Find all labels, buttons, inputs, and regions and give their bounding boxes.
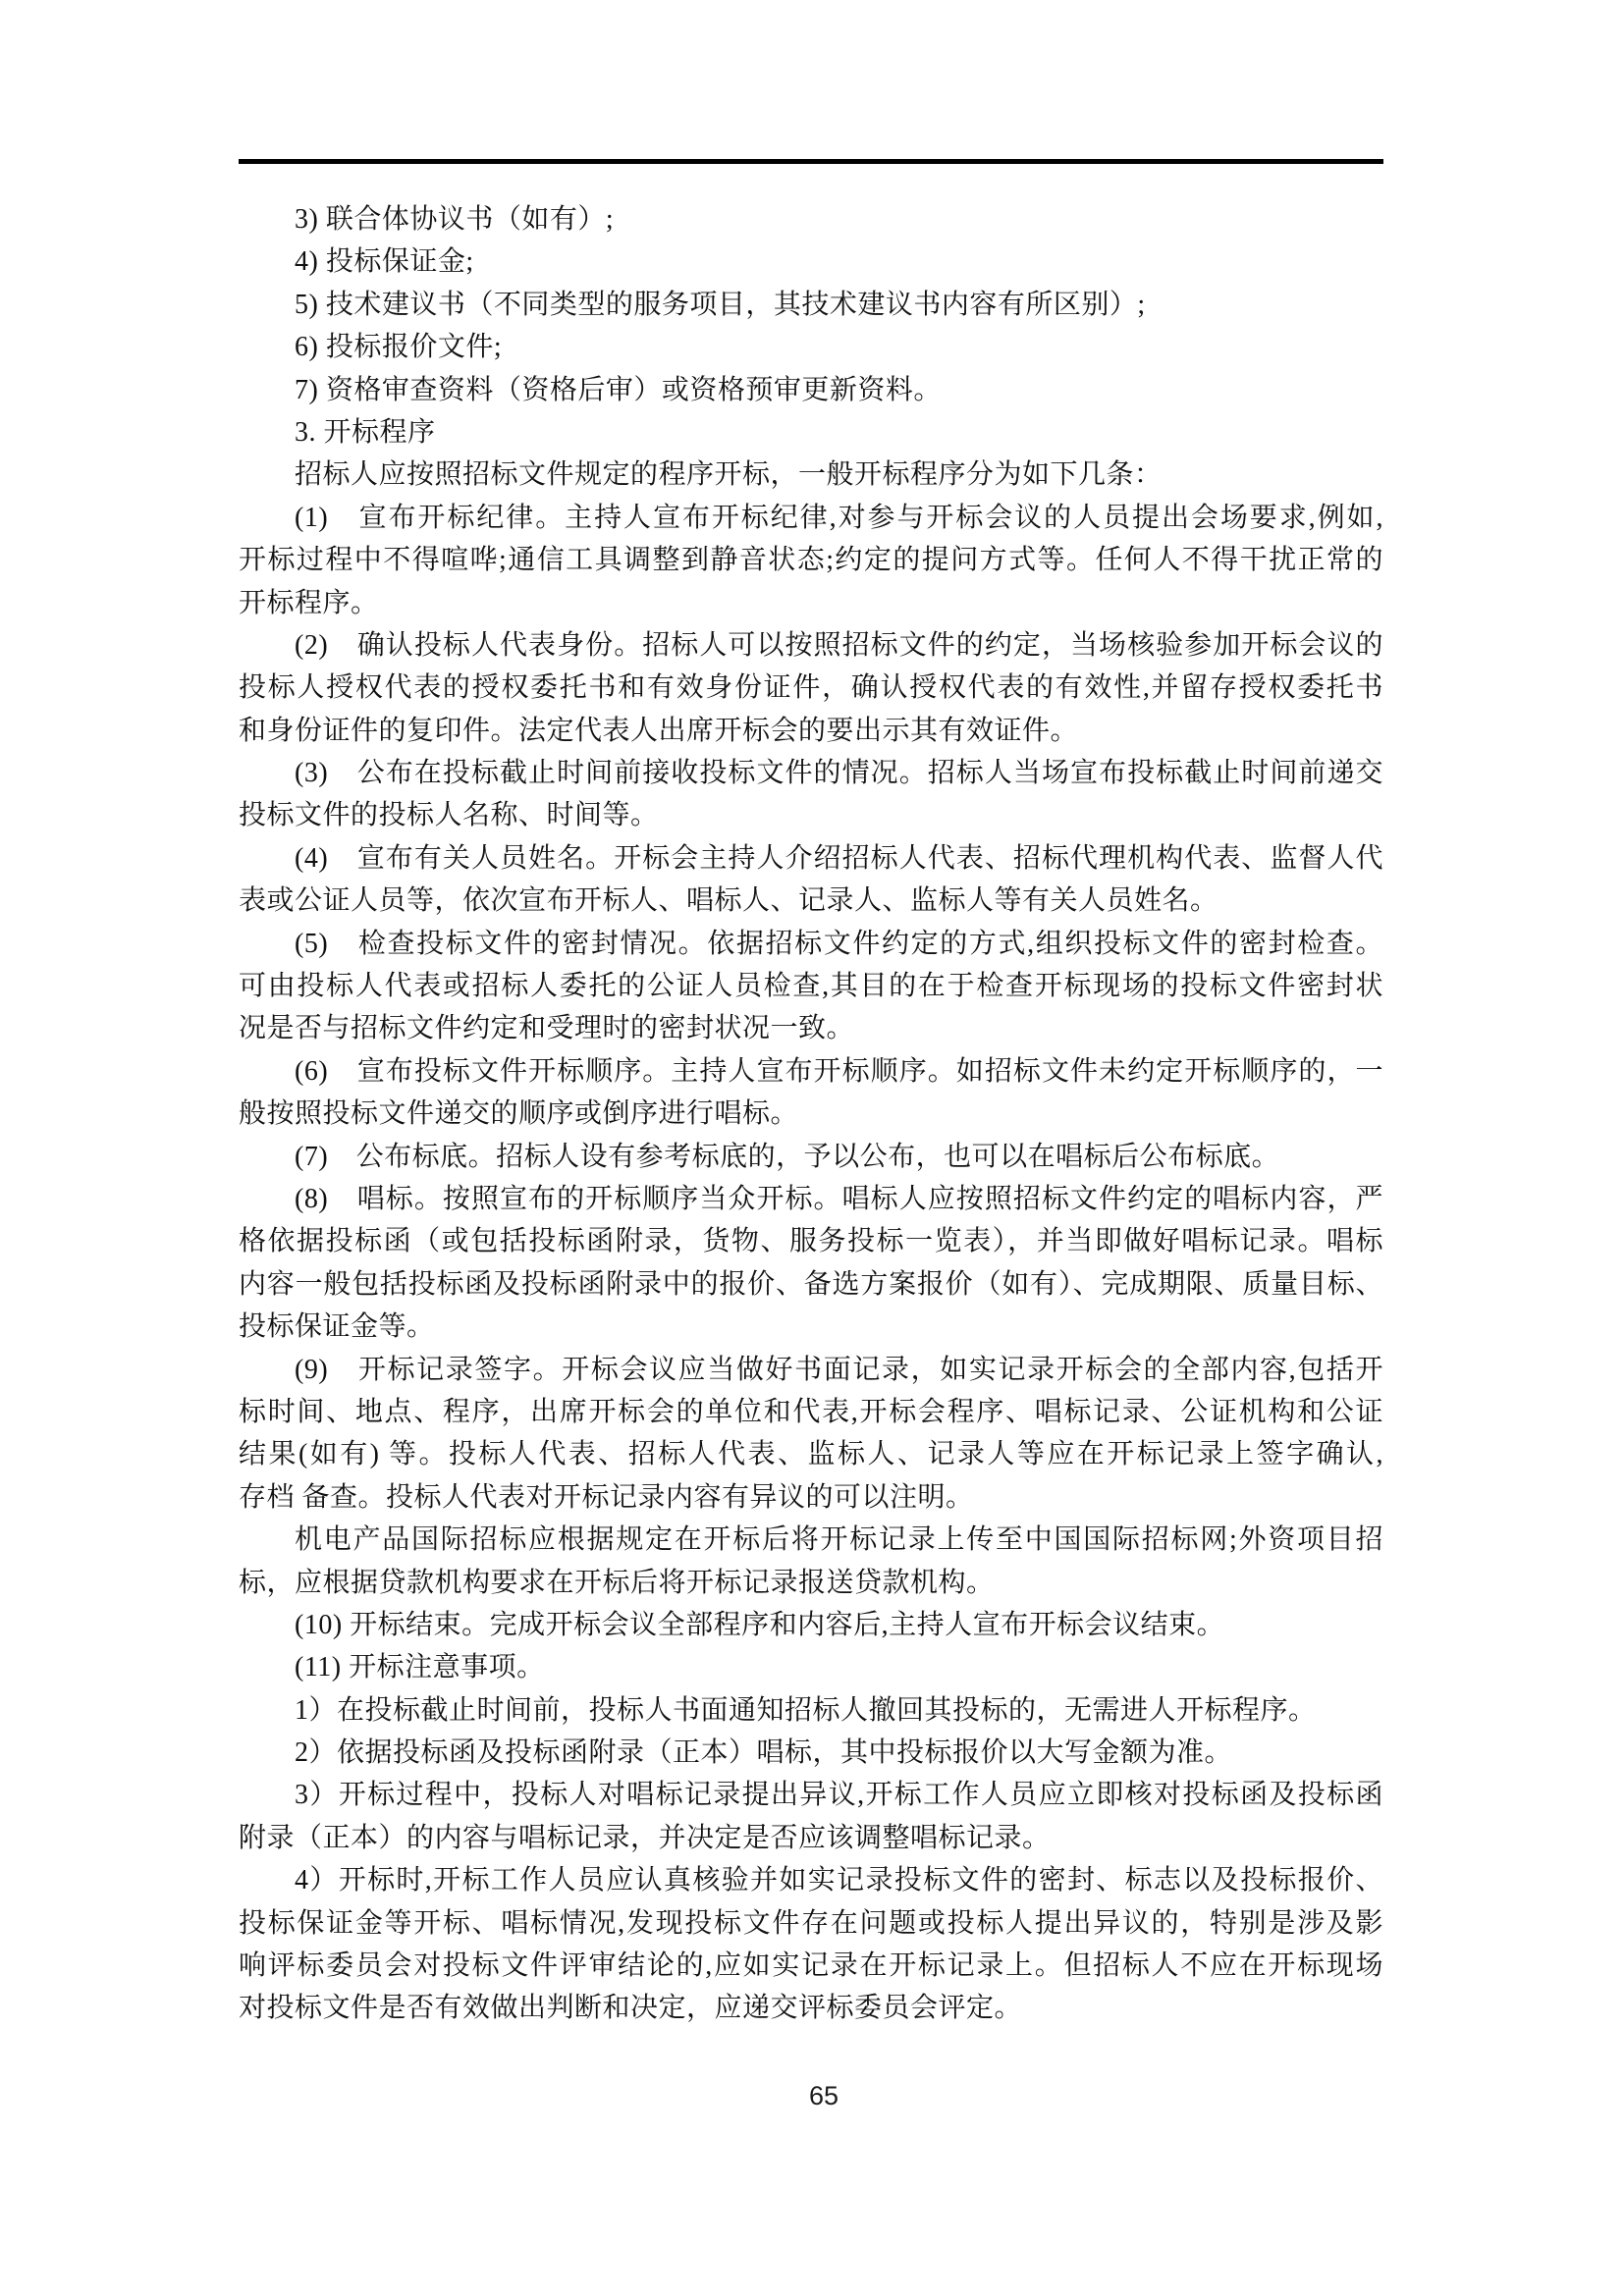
header-rule bbox=[239, 159, 1383, 164]
text-line: 标，应根据贷款机构要求在开标后将开标记录报送贷款机构。 bbox=[239, 1562, 1383, 1604]
text-line: 1）在投标截止时间前，投标人书面通知招标人撤回其投标的，无需进人开标程序。 bbox=[239, 1689, 1383, 1732]
text-line: 对投标文件是否有效做出判断和决定，应递交评标委员会评定。 bbox=[239, 1987, 1383, 2029]
text-line: (6) 宣布投标文件开标顺序。主持人宣布开标顺序。如招标文件未约定开标顺序的，一 bbox=[239, 1050, 1383, 1093]
text-line: 况是否与招标文件约定和受理时的密封状况一致。 bbox=[239, 1007, 1383, 1049]
text-line: 和身份证件的复印件。法定代表人出席开标会的要出示其有效证件。 bbox=[239, 710, 1383, 752]
text-line: (7) 公布标底。招标人设有参考标底的，予以公布，也可以在唱标后公布标底。 bbox=[239, 1136, 1383, 1178]
text-line: 投标保证金等开标、唱标情况,发现投标文件存在问题或投标人提出异议的，特别是涉及影 bbox=[239, 1902, 1383, 1945]
text-line: 4）开标时,开标工作人员应认真核验并如实记录投标文件的密封、标志以及投标报价、 bbox=[239, 1859, 1383, 1901]
text-line: 3) 联合体协议书（如有）; bbox=[239, 198, 1383, 240]
text-line: 投标保证金等。 bbox=[239, 1306, 1383, 1348]
text-line: 3）开标过程中，投标人对唱标记录提出异议,开标工作人员应立即核对投标函及投标函 bbox=[239, 1774, 1383, 1816]
text-line: 2）依据投标函及投标函附录（正本）唱标，其中投标报价以大写金额为准。 bbox=[239, 1732, 1383, 1774]
text-line: (1) 宣布开标纪律。主持人宣布开标纪律,对参与开标会议的人员提出会场要求,例如… bbox=[239, 497, 1383, 539]
text-line: (3) 公布在投标截止时间前接收投标文件的情况。招标人当场宣布投标截止时间前递交 bbox=[239, 752, 1383, 794]
text-line: (4) 宣布有关人员姓名。开标会主持人介绍招标人代表、招标代理机构代表、监督人代 bbox=[239, 837, 1383, 880]
text-line: 标时间、地点、程序，出席开标会的单位和代表,开标会程序、唱标记录、公证机构和公证 bbox=[239, 1391, 1383, 1433]
text-line: 3. 开标程序 bbox=[239, 411, 1383, 454]
text-line: 4) 投标保证金; bbox=[239, 240, 1383, 283]
text-line: 附录（正本）的内容与唱标记录，并决定是否应该调整唱标记录。 bbox=[239, 1817, 1383, 1859]
text-line: (8) 唱标。按照宣布的开标顺序当众开标。唱标人应按照招标文件约定的唱标内容，严 bbox=[239, 1178, 1383, 1220]
text-line: 开标程序。 bbox=[239, 582, 1383, 624]
text-line: 投标文件的投标人名称、时间等。 bbox=[239, 794, 1383, 836]
text-line: (11) 开标注意事项。 bbox=[239, 1646, 1383, 1688]
text-line: 投标人授权代表的授权委托书和有效身份证件，确认授权代表的有效性,并留存授权委托书 bbox=[239, 667, 1383, 709]
text-line: 7) 资格审查资料（资格后审）或资格预审更新资料。 bbox=[239, 369, 1383, 411]
text-line: 内容一般包括投标函及投标函附录中的报价、备选方案报价（如有）、完成期限、质量目标… bbox=[239, 1263, 1383, 1306]
text-line: (10) 开标结束。完成开标会议全部程序和内容后,主持人宣布开标会议结束。 bbox=[239, 1604, 1383, 1646]
text-line: 招标人应按照招标文件规定的程序开标，一般开标程序分为如下几条： bbox=[239, 454, 1383, 496]
text-line: 开标过程中不得喧哗;通信工具调整到静音状态;约定的提问方式等。任何人不得干扰正常… bbox=[239, 539, 1383, 581]
text-line: 结果(如有) 等。投标人代表、招标人代表、监标人、记录人等应在开标记录上签字确认… bbox=[239, 1433, 1383, 1475]
text-line: 格依据投标函（或包括投标函附录，货物、服务投标一览表），并当即做好唱标记录。唱标 bbox=[239, 1220, 1383, 1262]
text-line: (2) 确认投标人代表身份。招标人可以按照招标文件的约定，当场核验参加开标会议的 bbox=[239, 624, 1383, 667]
text-line: 般按照投标文件递交的顺序或倒序进行唱标。 bbox=[239, 1093, 1383, 1135]
text-line: 5) 技术建议书（不同类型的服务项目，其技术建议书内容有所区别）; bbox=[239, 284, 1383, 326]
text-line: 可由投标人代表或招标人委托的公证人员检查,其目的在于检查开标现场的投标文件密封状 bbox=[239, 965, 1383, 1007]
text-line: (5) 检查投标文件的密封情况。依据招标文件约定的方式,组织投标文件的密封检查。 bbox=[239, 923, 1383, 965]
text-line: (9) 开标记录签字。开标会议应当做好书面记录，如实记录开标会的全部内容,包括开 bbox=[239, 1349, 1383, 1391]
text-line: 存档 备查。投标人代表对开标记录内容有异议的可以注明。 bbox=[239, 1476, 1383, 1519]
page-number: 65 bbox=[239, 2081, 1383, 2111]
text-line: 表或公证人员等，依次宣布开标人、唱标人、记录人、监标人等有关人员姓名。 bbox=[239, 880, 1383, 922]
document-page: 3) 联合体协议书（如有）;4) 投标保证金;5) 技术建议书（不同类型的服务项… bbox=[0, 0, 1624, 2296]
text-line: 6) 投标报价文件; bbox=[239, 326, 1383, 368]
document-body: 3) 联合体协议书（如有）;4) 投标保证金;5) 技术建议书（不同类型的服务项… bbox=[239, 198, 1383, 2030]
text-line: 机电产品国际招标应根据规定在开标后将开标记录上传至中国国际招标网;外资项目招 bbox=[239, 1519, 1383, 1561]
text-line: 响评标委员会对投标文件评审结论的,应如实记录在开标记录上。但招标人不应在开标现场 bbox=[239, 1945, 1383, 1987]
